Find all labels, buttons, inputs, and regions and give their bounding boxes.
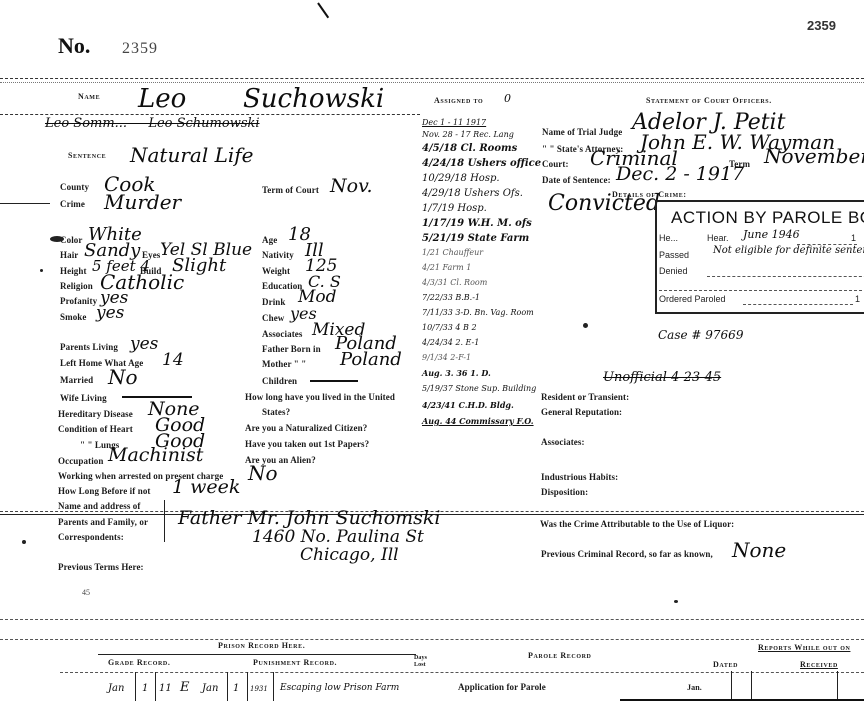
- married-label: Married: [60, 375, 93, 385]
- jan-label: Jan.: [687, 683, 702, 692]
- smoke-value: yes: [96, 303, 124, 323]
- assigned-entries: Dec 1 - 11 1917 Nov. 28 - 17 Rec. Lang 4…: [422, 118, 542, 432]
- grade-cell: 1: [142, 683, 148, 694]
- details-of-crime-value: Convicted: [548, 191, 660, 216]
- court-label: Court:: [542, 159, 569, 169]
- left-home-value: 14: [162, 350, 184, 370]
- parole-col-2: [751, 671, 752, 701]
- ink-speck: [40, 269, 43, 272]
- mother-value: Poland: [340, 349, 402, 370]
- previous-terms-label: Previous Terms Here:: [58, 562, 144, 572]
- name-address-label-2: Parents and Family, or: [58, 517, 148, 527]
- assignment-entry: 7/11/33 3-D. Bn. Vag. Room: [422, 308, 542, 323]
- header-rule: [0, 78, 864, 79]
- smoke-label: Smoke: [60, 312, 87, 322]
- chew-label: Chew: [262, 313, 284, 323]
- parole-row-2-value: Not eligible for definite sentence: [713, 245, 864, 256]
- parole-row-3-label: Denied: [659, 266, 688, 276]
- mother-label: Mother " ": [262, 359, 306, 369]
- bottom-rule-2: [0, 639, 864, 640]
- name-label: Name: [78, 92, 100, 101]
- record-number-label: No.: [58, 33, 90, 59]
- parole-row-1-label: He...: [659, 233, 678, 243]
- hereditary-label: Hereditary Disease: [58, 409, 133, 419]
- assignment-entry: 10/29/18 Hosp.: [422, 173, 542, 188]
- assignment-entry: 4/24/18 Ushers office: [422, 158, 542, 173]
- education-label: Education: [262, 281, 302, 291]
- children-dash: [310, 380, 358, 382]
- statement-court-officers-label: Statement of Court Officers.: [646, 96, 772, 105]
- ink-blot: [50, 236, 64, 242]
- previous-record-value: None: [732, 538, 786, 562]
- parole-col-3: [837, 671, 838, 701]
- pen-mark: [317, 2, 329, 18]
- grade-cell: 1: [233, 683, 239, 694]
- crime-label: Crime: [60, 199, 85, 209]
- punishment-col: [273, 672, 274, 701]
- name-underline: [0, 114, 420, 115]
- working-value: No: [248, 461, 278, 485]
- ordered-paroled-label: Ordered Paroled: [659, 294, 726, 304]
- application-for-parole-label: Application for Parole: [458, 682, 546, 692]
- ink-speck: [674, 600, 678, 603]
- grade-col-3: [227, 672, 228, 701]
- parole-row-4-line: [659, 290, 864, 291]
- ordered-paroled-right: 1: [855, 294, 860, 304]
- assignment-entry: 1/17/19 W.H. M. ofs: [422, 218, 542, 233]
- associates-label: Associates: [262, 329, 303, 339]
- children-label: Children: [262, 376, 297, 386]
- struck-note: Unofficial 4-23-45: [603, 370, 721, 385]
- first-papers-label: Have you taken out 1st Papers?: [245, 439, 369, 449]
- assignment-entry: 4/29/18 Ushers Ofs.: [422, 188, 542, 203]
- assignment-entry: 1/7/19 Hosp.: [422, 203, 542, 218]
- occupation-label: Occupation: [58, 456, 104, 466]
- married-value: No: [108, 365, 138, 389]
- correspondent-line-3: Chicago, Ill: [300, 545, 399, 565]
- record-number-value: 2359: [122, 40, 158, 58]
- religion-label: Religion: [60, 281, 93, 291]
- name-address-label-1: Name and address of: [58, 501, 141, 511]
- crime-side-line: [0, 203, 50, 204]
- previous-terms-mark: 45: [82, 588, 90, 597]
- profanity-label: Profanity: [60, 296, 97, 306]
- term-value: November: [764, 144, 864, 168]
- assignment-entry: 9/1/34 2-F-1: [422, 353, 542, 368]
- reputation-label: General Reputation:: [541, 407, 622, 417]
- prison-record-rule: [98, 654, 416, 655]
- assignment-entry: 4/21 Farm 1: [422, 263, 542, 278]
- heart-label: Condition of Heart: [58, 424, 133, 434]
- wife-living-label: Wife Living: [60, 393, 107, 403]
- corner-record-number: 2359: [807, 18, 836, 33]
- parole-row-1-value: June 1946: [743, 228, 800, 241]
- lived-us-label-2: States?: [262, 407, 290, 417]
- naturalized-label: Are you a Naturalized Citizen?: [245, 423, 367, 433]
- how-long-label: How Long Before if not: [58, 486, 151, 496]
- grade-cell: 11: [159, 683, 172, 694]
- parole-board-stamp: ACTION BY PAROLE BOARD He... Hear. June …: [655, 200, 864, 314]
- assignment-entry: Nov. 28 - 17 Rec. Lang: [422, 130, 542, 143]
- previous-record-label: Previous Criminal Record, so far as know…: [541, 549, 713, 559]
- name-address-label-3: Correspondents:: [58, 532, 124, 542]
- occupation-value: Machinist: [108, 444, 203, 466]
- grade-cell: 1931: [250, 685, 268, 693]
- received-label: Received: [800, 660, 838, 669]
- reports-while-out-label: Reports While out on: [758, 643, 850, 652]
- correspondent-bracket: [164, 500, 165, 542]
- case-number: Case # 97669: [658, 328, 743, 342]
- assignment-entry: 5/19/37 Stone Sup. Building: [422, 384, 542, 400]
- term-of-court-value: Nov.: [330, 175, 373, 197]
- days-lost-label: Days Lost: [414, 655, 430, 669]
- assignment-entry: 10/7/33 4 B 2: [422, 323, 542, 338]
- parole-row-3-line: [707, 276, 864, 277]
- aliases: Leo Somm... — Leo Schumowski: [45, 116, 260, 131]
- drink-label: Drink: [262, 297, 286, 307]
- resident-label: Resident or Transient:: [541, 392, 629, 402]
- assignment-entry: 4/5/18 Cl. Rooms: [422, 143, 542, 158]
- parole-row-1-mid: Hear.: [707, 233, 729, 243]
- correspondent-line-1: Father Mr. John Suchomski: [178, 507, 440, 529]
- assignment-entry: Aug. 3. 36 1. D.: [422, 368, 542, 384]
- name-last: Suchowski: [243, 84, 384, 114]
- grade-col-1: [135, 672, 136, 701]
- grade-record-label: Grade Record.: [108, 658, 170, 667]
- sentence-value: Natural Life: [130, 143, 254, 167]
- parents-living-value: yes: [130, 334, 158, 354]
- correspondent-line-2: 1460 No. Paulina St: [252, 527, 424, 547]
- industrious-label: Industrious Habits:: [541, 472, 618, 482]
- assignment-entry: Aug. 44 Commissary F.O.: [422, 416, 542, 432]
- grade-cell: E: [180, 680, 190, 695]
- parole-board-title: ACTION BY PAROLE BOARD: [671, 208, 864, 228]
- name-first: Leo: [138, 84, 186, 114]
- ink-speck: [583, 323, 588, 328]
- sentence-label: Sentence: [68, 151, 106, 160]
- assignment-entry: 4/3/31 Cl. Room: [422, 278, 542, 293]
- grade-col-4: [247, 672, 248, 701]
- father-born-label: Father Born in: [262, 344, 321, 354]
- parents-living-label: Parents Living: [60, 342, 118, 352]
- lived-us-label: How long have you lived in the United: [245, 392, 395, 402]
- crime-value: Murder: [104, 190, 181, 214]
- dated-label: Dated: [713, 660, 738, 669]
- ordered-paroled-line: [743, 304, 853, 305]
- assignment-entry: 4/24/34 2. E-1: [422, 338, 542, 353]
- how-long-value: 1 week: [172, 476, 240, 498]
- county-label: County: [60, 182, 89, 192]
- assignment-entry: 4/23/41 C.H.D. Bldg.: [422, 400, 542, 416]
- punishment-record-label: Punishment Record.: [253, 658, 337, 667]
- hair-label: Hair: [60, 250, 78, 260]
- height-label: Height: [60, 266, 87, 276]
- parole-col-1: [731, 671, 732, 701]
- grade-header-rule: [60, 672, 864, 673]
- grade-col-2: [155, 672, 156, 701]
- term-of-court-label: Term of Court: [262, 185, 319, 195]
- prison-record-label: Prison Record Here.: [218, 641, 305, 650]
- punishment-cell: Escaping low Prison Farm: [280, 683, 399, 693]
- assignment-entry: 1/21 Chauffeur: [422, 248, 542, 263]
- header-rule-2: [0, 82, 864, 83]
- disposition-label: Disposition:: [541, 487, 588, 497]
- grade-cell: Jan: [108, 683, 124, 694]
- bottom-rule-1: [0, 619, 864, 620]
- nativity-label: Nativity: [262, 250, 294, 260]
- assignment-entry: 7/22/33 B.B.-1: [422, 293, 542, 308]
- parole-row-2-label: Passed: [659, 250, 689, 260]
- ink-speck: [22, 540, 26, 544]
- associates-court-label: Associates:: [541, 437, 585, 447]
- parole-record-label: Parole Record: [528, 651, 591, 660]
- liquor-label: Was the Crime Attributable to the Use of…: [540, 519, 734, 529]
- assignment-entry: Dec 1 - 11 1917: [422, 118, 542, 130]
- assigned-to-label: Assigned to: [434, 96, 483, 105]
- age-label: Age: [262, 235, 277, 245]
- trial-judge-label: Name of Trial Judge: [542, 127, 622, 137]
- assigned-to-mark: 0: [504, 92, 511, 105]
- date-of-sentence-value: Dec. 2 - 1917: [616, 163, 744, 185]
- grade-cell: Jan: [202, 683, 218, 694]
- weight-label: Weight: [262, 266, 290, 276]
- parole-row-1-right: 1: [851, 233, 856, 243]
- date-of-sentence-label: Date of Sentence:: [542, 175, 611, 185]
- assignment-entry: 5/21/19 State Farm: [422, 233, 542, 248]
